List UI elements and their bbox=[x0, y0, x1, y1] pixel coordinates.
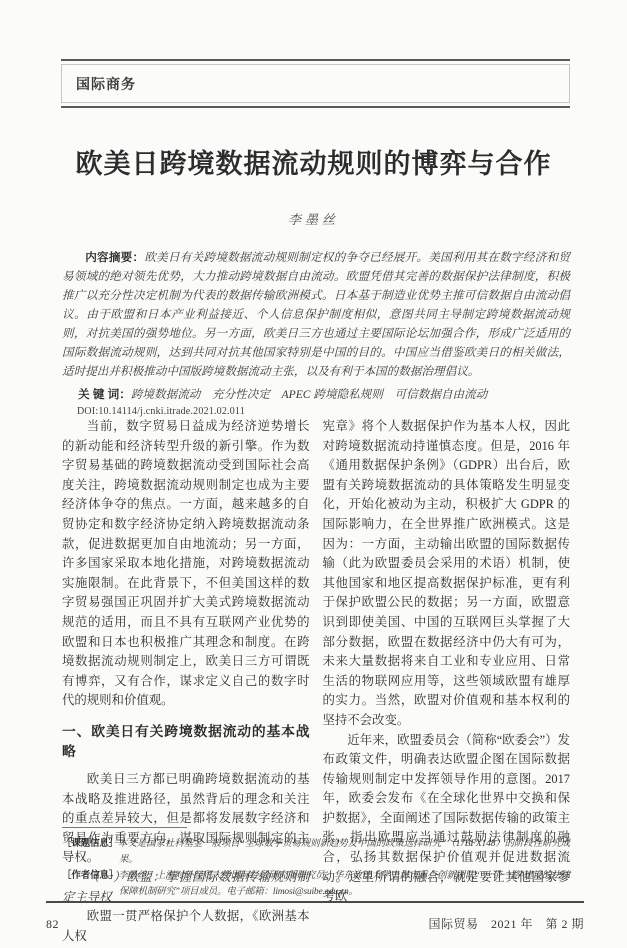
footnote-item: ［课题信息］本文是国家社科基金一般项目“全球数字贸易规则新趋势及中国的政策选择研… bbox=[62, 836, 570, 868]
abstract-paragraph: 内容摘要：欧美日有关跨境数据流动规则制定权的争夺已经展开。美国利用其在数字经济和… bbox=[62, 248, 570, 381]
page-footer: 82 国际贸易 2021 年 第 2 期 bbox=[46, 901, 584, 932]
article-title: 欧美日跨境数据流动规则的博弈与合作 bbox=[0, 142, 627, 181]
abstract-label: 内容摘要： bbox=[85, 251, 144, 264]
column-tag-box: 国际商务 bbox=[61, 64, 570, 103]
footnote-label: ［作者信息］ bbox=[62, 870, 118, 881]
footnote-text: 李墨丝，上海对外经贸大学国际经贸研究所研究员，华东政法大学上海市重点创新团队“‘… bbox=[118, 871, 570, 897]
body-paragraph: 当前，数字贸易日益成为经济逆势增长的新动能和经济转型升级的新引擎。作为数字贸易基… bbox=[62, 417, 310, 711]
journal-issue: 国际贸易 2021 年 第 2 期 bbox=[428, 915, 584, 932]
footnote-text: 本文是国家社科基金一般项目“全球数字贸易规则新趋势及中国的政策选择研究”（17B… bbox=[118, 839, 570, 865]
abstract-block: 内容摘要：欧美日有关跨境数据流动规则制定权的争夺已经展开。美国利用其在数字经济和… bbox=[62, 248, 570, 420]
footnote-list: ［课题信息］本文是国家社科基金一般项目“全球数字贸易规则新趋势及中国的政策选择研… bbox=[62, 836, 570, 900]
abstract-text: 欧美日有关跨境数据流动规则制定权的争夺已经展开。美国利用其在数字经济和贸易领域的… bbox=[62, 251, 570, 378]
header-top-rule bbox=[61, 59, 570, 61]
section-heading: 一、欧美日有关跨境数据流动的基本战略 bbox=[62, 722, 310, 761]
page-number: 82 bbox=[46, 917, 59, 932]
footnote-divider bbox=[62, 827, 187, 828]
column-tag-label: 国际商务 bbox=[76, 76, 136, 92]
body-paragraph: 宪章》将个人数据保护作为基本人权，因此对跨境数据流动持谨慎态度。但是，2016 … bbox=[323, 417, 571, 731]
keywords-line: 关 键 词：跨境数据流动 充分性决定 APEC 跨境隐私规则 可信数据自由流动 bbox=[62, 385, 570, 404]
header-bottom-rule bbox=[61, 106, 570, 108]
page: 国际商务 欧美日跨境数据流动规则的博弈与合作 李墨丝 内容摘要：欧美日有关跨境数… bbox=[0, 0, 627, 948]
footnote-item: ［作者信息］李墨丝，上海对外经贸大学国际经贸研究所研究员，华东政法大学上海市重点… bbox=[62, 868, 570, 900]
footnote-label: ［课题信息］ bbox=[62, 838, 118, 849]
column-header: 国际商务 bbox=[61, 59, 570, 108]
article-author: 李墨丝 bbox=[0, 209, 627, 228]
keywords-text: 跨境数据流动 充分性决定 APEC 跨境隐私规则 可信数据自由流动 bbox=[131, 388, 488, 401]
footnotes-block: ［课题信息］本文是国家社科基金一般项目“全球数字贸易规则新趋势及中国的政策选择研… bbox=[62, 827, 570, 900]
keywords-label: 关 键 词： bbox=[78, 388, 131, 401]
